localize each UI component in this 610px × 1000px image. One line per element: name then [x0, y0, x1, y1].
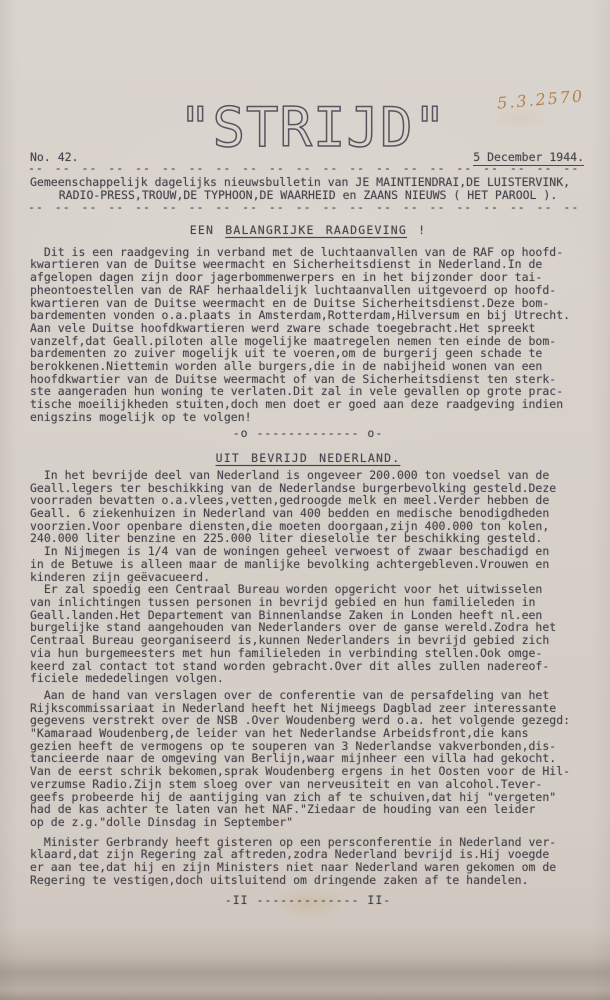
article2-paragraph-centraal-bureau: Er zal spoedig een Centraal Bureau worde…	[30, 583, 586, 685]
dashed-rule-bottom: -- -- -- -- -- -- -- -- -- -- -- -- -- -…	[28, 202, 588, 212]
article2-heading: UIT BEVRIJD NEDERLAND.	[30, 452, 586, 465]
bulletin-subtitle-line1: Gemeenschappelijk dagelijks nieuwsbullet…	[30, 176, 586, 189]
newsletter-title: "STRIJD"	[8, 101, 610, 155]
article1-heading: EEN BALANGRIJKE RAADGEVING !	[30, 224, 586, 237]
section-separator: -o ------------- o-	[30, 427, 586, 440]
article2-paragraph-woudenberg: Aan de hand van verslagen over de confer…	[30, 689, 586, 829]
article1-heading-main: BALANGRIJKE RAADGEVING	[225, 223, 407, 237]
page-footer-separator: -II ------------- II-	[30, 894, 586, 907]
dashed-rule-top: -- -- -- -- -- -- -- -- -- -- -- -- -- -…	[28, 163, 588, 173]
article1-heading-suffix: !	[407, 223, 426, 237]
article1-paragraph-raadgeving: Dit is een raadgeving in verband met de …	[30, 246, 586, 424]
scanned-newsletter-page: 5.3.2570 "STRIJD" No. 42. 5 December 194…	[0, 0, 610, 1000]
article1-heading-prefix: EEN	[190, 223, 226, 237]
article2-paragraph-gerbrandy: Minister Gerbrandy heeft gisteren op een…	[30, 836, 586, 887]
article2-paragraph-nijmegen: In Nijmegen is 1/4 van de woningen gehee…	[30, 545, 586, 583]
article2-paragraph-food-supplies: In het bevrijde deel van Nederland is on…	[30, 469, 586, 545]
bulletin-subtitle-line2: RADIO-PRESS,TROUW,DE TYPHOON,DE WAARHEID…	[30, 189, 586, 202]
document-body: EEN BALANGRIJKE RAADGEVING ! Dit is een …	[30, 224, 586, 907]
